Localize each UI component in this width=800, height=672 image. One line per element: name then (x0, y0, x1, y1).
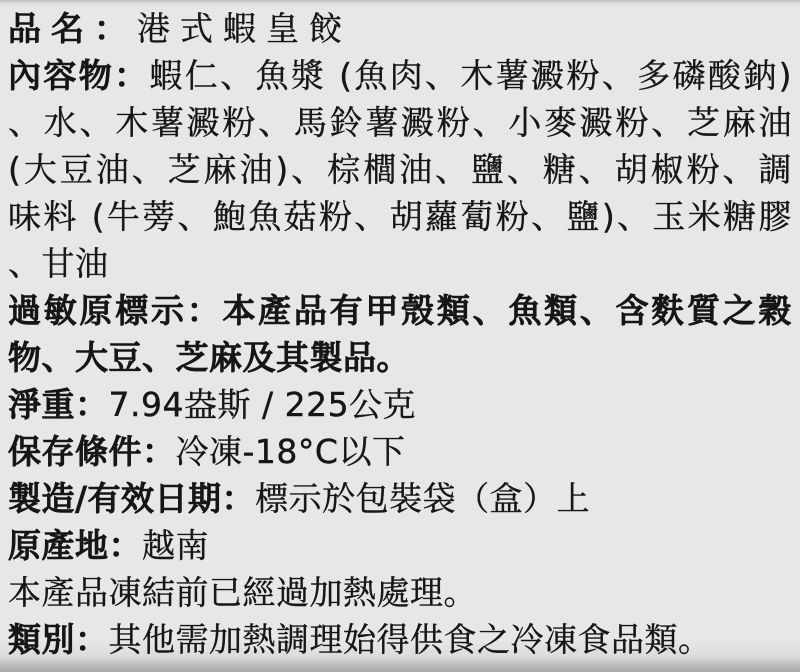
line-category: 類別：其他需加熱調理始得供食之冷凍食品類。 (8, 616, 792, 663)
allergen-line-1: 本產品有甲殼類、魚類、含麩質之穀 (222, 291, 792, 330)
net-weight-value: 7.94盎斯 / 225公克 (109, 385, 417, 424)
origin-value: 越南 (142, 526, 209, 565)
storage-value: 冷凍-18°C以下 (176, 432, 406, 471)
category-value: 其他需加熱調理始得供食之冷凍食品類。 (109, 620, 712, 659)
line-storage: 保存條件：冷凍-18°C以下 (8, 428, 792, 475)
ingredients-label: 內容物： (8, 56, 149, 95)
line-ingredients-3: (大豆油、芝麻油)、棕櫚油、鹽、糖、胡椒粉、調 (8, 146, 792, 193)
product-name-value: 港式蝦皇餃 (137, 9, 352, 48)
line-ingredients-4: 味料 (牛蒡、鮑魚菇粉、胡蘿蔔粉、鹽)、玉米糖膠 (8, 193, 792, 240)
ingredients-line-3: (大豆油、芝麻油)、棕櫚油、鹽、糖、胡椒粉、調 (8, 150, 792, 189)
line-origin: 原產地：越南 (8, 522, 792, 569)
line-preheat-note: 本產品凍結前已經過加熱處理。 (8, 569, 792, 616)
line-ingredients-1: 內容物：蝦仁、魚漿 (魚肉、木薯澱粉、多磷酸鈉) (8, 52, 792, 99)
net-weight-label: 淨重： (8, 385, 109, 424)
allergen-label: 過敏原標示： (8, 291, 222, 330)
line-product-name: 品名：港式蝦皇餃 (8, 5, 792, 52)
origin-label: 原產地： (8, 526, 142, 565)
line-net-weight: 淨重：7.94盎斯 / 225公克 (8, 381, 792, 428)
ingredients-line-5: 、甘油 (8, 244, 109, 283)
manufacture-expiry-value: 標示於包裝袋（盒）上 (255, 479, 590, 518)
ingredients-line-2: 、水、木薯澱粉、馬鈴薯澱粉、小麥澱粉、芝麻油 (8, 103, 792, 142)
ingredients-line-1: 蝦仁、魚漿 (魚肉、木薯澱粉、多磷酸鈉) (149, 56, 792, 95)
line-allergen-2: 物、大豆、芝麻及其製品。 (8, 334, 792, 381)
allergen-line-2: 物、大豆、芝麻及其製品。 (8, 338, 410, 377)
category-label: 類別： (8, 620, 109, 659)
line-ingredients-5: 、甘油 (8, 240, 792, 287)
product-label: 品名：港式蝦皇餃 內容物：蝦仁、魚漿 (魚肉、木薯澱粉、多磷酸鈉) 、水、木薯澱… (0, 0, 800, 672)
manufacture-expiry-label: 製造/有效日期： (8, 479, 255, 518)
storage-label: 保存條件： (8, 432, 176, 471)
product-name-label: 品名： (8, 9, 137, 48)
line-allergen-1: 過敏原標示：本產品有甲殼類、魚類、含麩質之穀 (8, 287, 792, 334)
line-manufacture-expiry: 製造/有效日期：標示於包裝袋（盒）上 (8, 475, 792, 522)
preheat-note: 本產品凍結前已經過加熱處理。 (8, 573, 477, 612)
ingredients-line-4: 味料 (牛蒡、鮑魚菇粉、胡蘿蔔粉、鹽)、玉米糖膠 (8, 197, 792, 236)
line-ingredients-2: 、水、木薯澱粉、馬鈴薯澱粉、小麥澱粉、芝麻油 (8, 99, 792, 146)
